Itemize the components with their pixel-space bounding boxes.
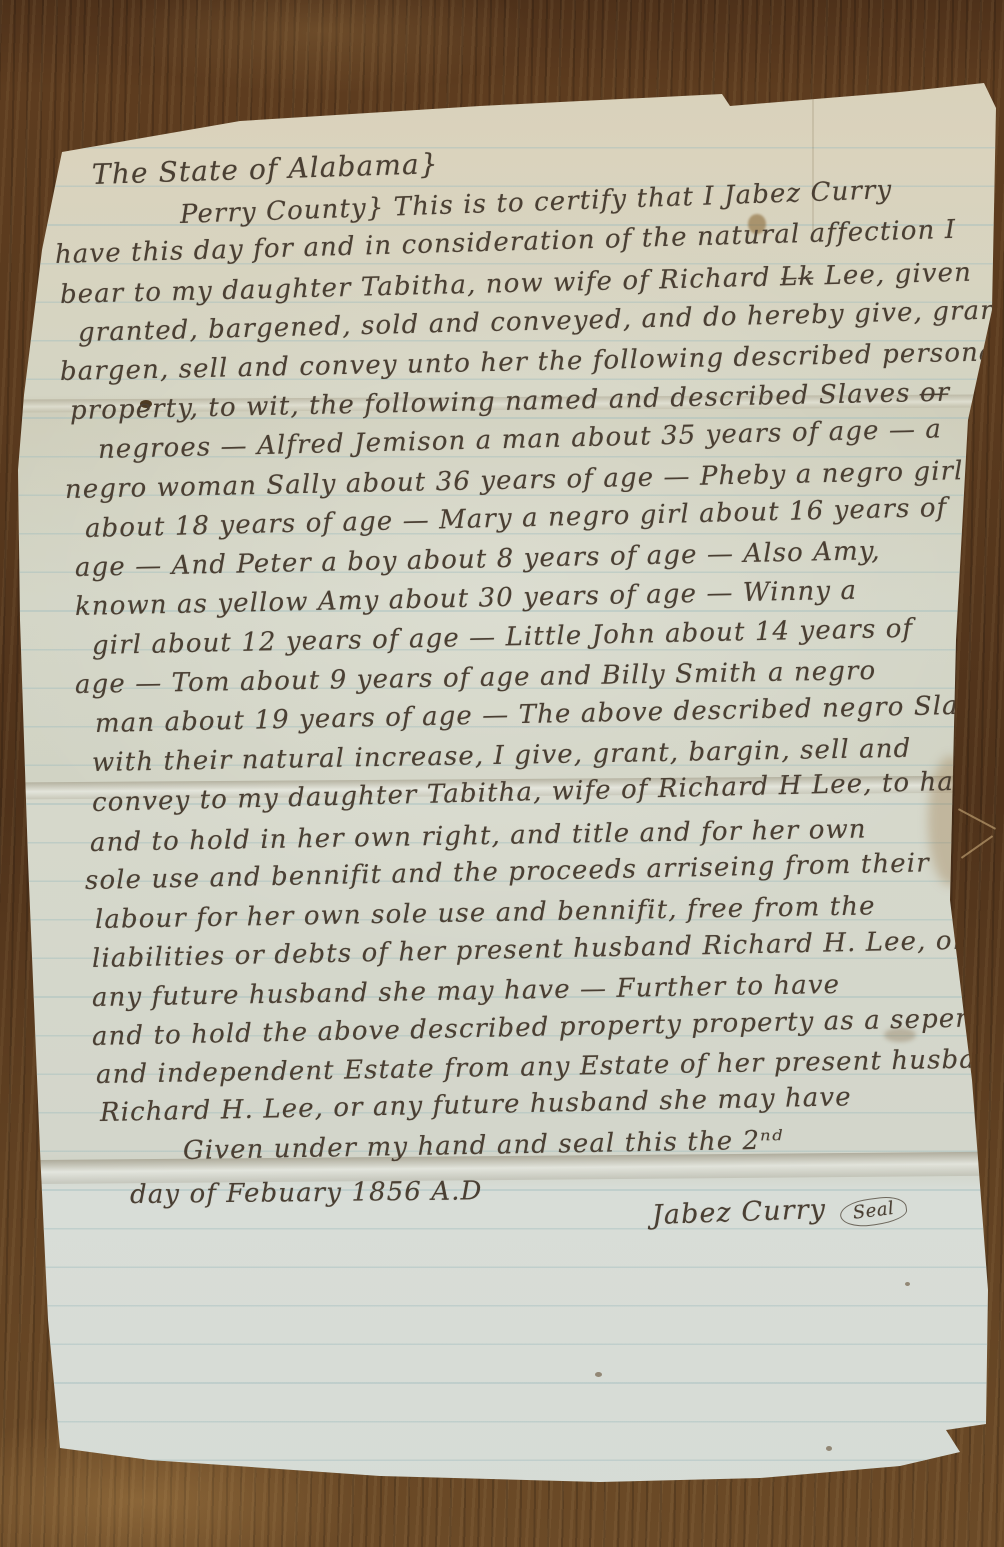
speck — [826, 1446, 832, 1451]
paper-sheet: The State of Alabama} Perry County} This… — [0, 0, 1004, 1547]
ink-blot-mark — [247, 52, 260, 81]
speck — [905, 1282, 910, 1286]
vertical-crease — [812, 88, 814, 238]
seal-stamp: Seal — [839, 1194, 909, 1229]
wood-scratch-mark — [958, 808, 996, 829]
small-pen-mark — [608, 54, 617, 67]
signature-text: Jabez Curry — [651, 1194, 826, 1231]
handwritten-line: day of Febuary 1856 A.D — [130, 1176, 483, 1210]
speck — [595, 1372, 602, 1377]
photo-of-document: The State of Alabama} Perry County} This… — [0, 0, 1004, 1547]
wood-scratch-mark — [961, 835, 993, 858]
